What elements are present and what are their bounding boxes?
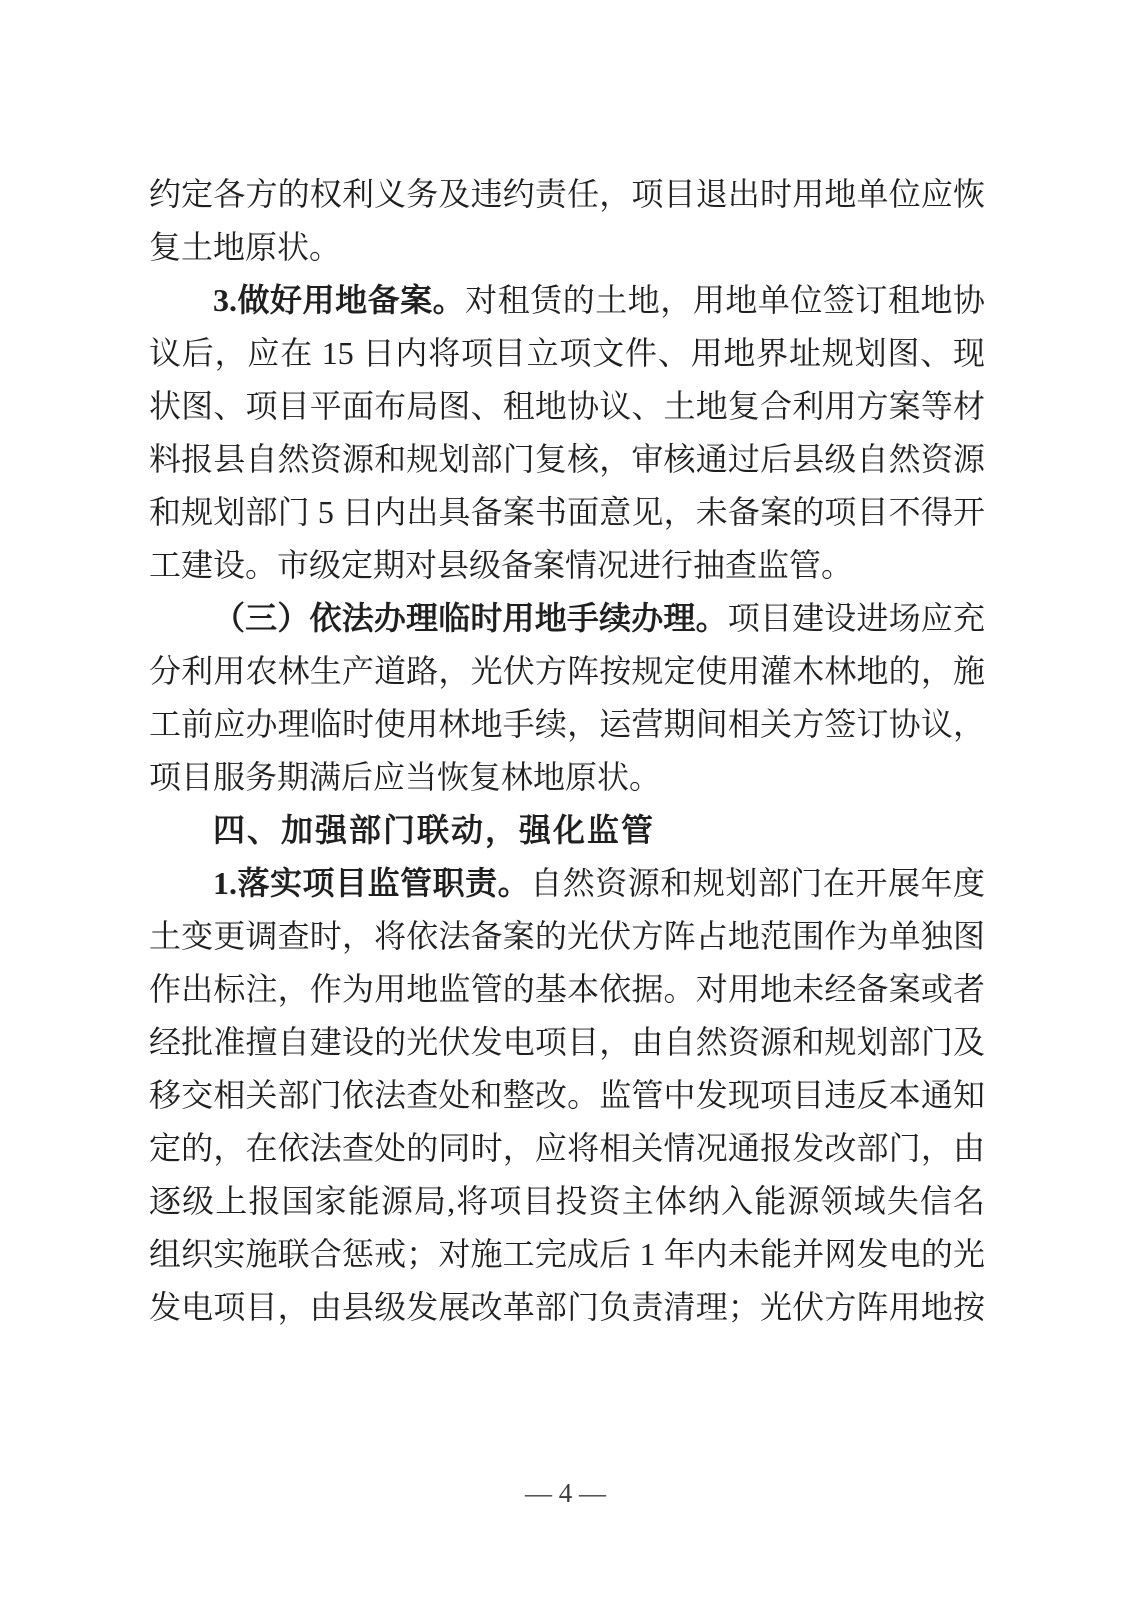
text-line: 复土地原状。 [149,221,985,274]
text-segment-normal: 复土地原状。 [149,229,341,265]
paragraph-section-3-temporary-land-procedures: （三）依法办理临时用地手续办理。项目建设进场应充分利用农林生产道路，光伏方阵按规… [149,592,985,804]
text-line: 土变更调查时，将依法备案的光伏方阵占地范围作为单独图层 [149,910,985,963]
text-line: 作出标注，作为用地监管的基本依据。对用地未经备案或者未 [149,963,985,1016]
text-segment-normal: 料报县自然资源和规划部门复核，审核通过后县级自然资源 [149,441,985,477]
heading-section-4-strengthen-supervision: 四、加强部门联动，强化监管 [149,804,985,857]
text-segment-normal: 项目服务期满后应当恢复林地原状。 [149,759,661,795]
text-line: 经批准擅自建设的光伏发电项目，由自然资源和规划部门及时 [149,1016,985,1069]
paragraph-continued-from-previous-page: 约定各方的权利义务及违约责任，项目退出时用地单位应恢复土地原状。 [149,168,985,274]
text-segment-heiti: 四、加强部门联动，强化监管 [213,812,655,848]
text-line: 3.做好用地备案。对租赁的土地，用地单位签订租地协 [149,274,985,327]
text-line: 逐级上报国家能源局,将项目投资主体纳入能源领域失信名单， [149,1175,985,1228]
text-line: 状图、项目平面布局图、租地协议、土地复合利用方案等材 [149,380,985,433]
text-line: 工建设。市级定期对县级备案情况进行抽查监管。 [149,539,985,592]
text-segment-bold: 3.做好用地备案。 [213,282,465,318]
text-segment-normal: 对租赁的土地，用地单位签订租地协 [465,282,985,318]
text-segment-normal: 移交相关部门依法查处和整改。监管中发现项目违反本通知规 [149,1077,985,1122]
text-line: 定的，在依法查处的同时，应将相关情况通报发改部门，由其 [149,1122,985,1175]
text-segment-normal: 逐级上报国家能源局,将项目投资主体纳入能源领域失信名单， [149,1183,985,1228]
text-segment-normal: 组织实施联合惩戒；对施工完成后 1 年内未能并网发电的光伏 [149,1236,985,1281]
text-segment-normal: 发电项目，由县级发展改革部门负责清理；光伏方阵用地按农 [149,1289,985,1334]
text-segment-normal: 土变更调查时，将依法备案的光伏方阵占地范围作为单独图层 [149,918,985,963]
text-segment-bold: 1.落实项目监管职责。 [213,865,530,901]
paragraph-item-3-land-use-filing: 3.做好用地备案。对租赁的土地，用地单位签订租地协议后，应在 15 日内将项目立… [149,274,985,592]
document-body: 约定各方的权利义务及违约责任，项目退出时用地单位应恢复土地原状。3.做好用地备案… [149,168,985,1334]
text-segment-normal: 和规划部门 5 日内出具备案书面意见，未备案的项目不得开 [149,494,985,530]
text-segment-normal: 工前应办理临时使用林地手续，运营期间相关方签订协议， [149,706,985,742]
text-line: 发电项目，由县级发展改革部门负责清理；光伏方阵用地按农 [149,1281,985,1334]
text-segment-normal: 议后，应在 15 日内将项目立项文件、用地界址规划图、现 [149,335,985,371]
text-segment-normal: 约定各方的权利义务及违约责任，项目退出时用地单位应恢 [149,176,985,212]
text-line: 组织实施联合惩戒；对施工完成后 1 年内未能并网发电的光伏 [149,1228,985,1281]
text-line: 工前应办理临时使用林地手续，运营期间相关方签订协议， [149,698,985,751]
text-line: 1.落实项目监管职责。自然资源和规划部门在开展年度国 [149,857,985,910]
text-segment-normal: 状图、项目平面布局图、租地协议、土地复合利用方案等材 [149,388,985,424]
text-segment-kaiti: （三）依法办理临时用地手续办理。 [213,600,728,636]
text-line: 移交相关部门依法查处和整改。监管中发现项目违反本通知规 [149,1069,985,1122]
text-line: 项目服务期满后应当恢复林地原状。 [149,751,985,804]
text-line: 议后，应在 15 日内将项目立项文件、用地界址规划图、现 [149,327,985,380]
text-segment-normal: 工建设。市级定期对县级备案情况进行抽查监管。 [149,547,853,583]
text-segment-normal: 定的，在依法查处的同时，应将相关情况通报发改部门，由其 [149,1130,985,1175]
text-segment-normal: 分利用农林生产道路，光伏方阵按规定使用灌木林地的，施 [149,653,985,689]
paragraph-item-1-supervision-duties: 1.落实项目监管职责。自然资源和规划部门在开展年度国土变更调查时，将依法备案的光… [149,857,985,1334]
text-line: 和规划部门 5 日内出具备案书面意见，未备案的项目不得开 [149,486,985,539]
document-page: 约定各方的权利义务及违约责任，项目退出时用地单位应恢复土地原状。3.做好用地备案… [0,0,1131,1600]
text-segment-normal: 项目建设进场应充 [728,600,985,636]
text-line: （三）依法办理临时用地手续办理。项目建设进场应充 [149,592,985,645]
text-line: 料报县自然资源和规划部门复核，审核通过后县级自然资源 [149,433,985,486]
page-number: — 4 — [0,1478,1131,1509]
text-line: 分利用农林生产道路，光伏方阵按规定使用灌木林地的，施 [149,645,985,698]
text-segment-normal: 作出标注，作为用地监管的基本依据。对用地未经备案或者未 [149,971,985,1016]
text-segment-normal: 经批准擅自建设的光伏发电项目，由自然资源和规划部门及时 [149,1024,985,1069]
text-line: 约定各方的权利义务及违约责任，项目退出时用地单位应恢 [149,168,985,221]
text-line: 四、加强部门联动，强化监管 [149,804,985,857]
